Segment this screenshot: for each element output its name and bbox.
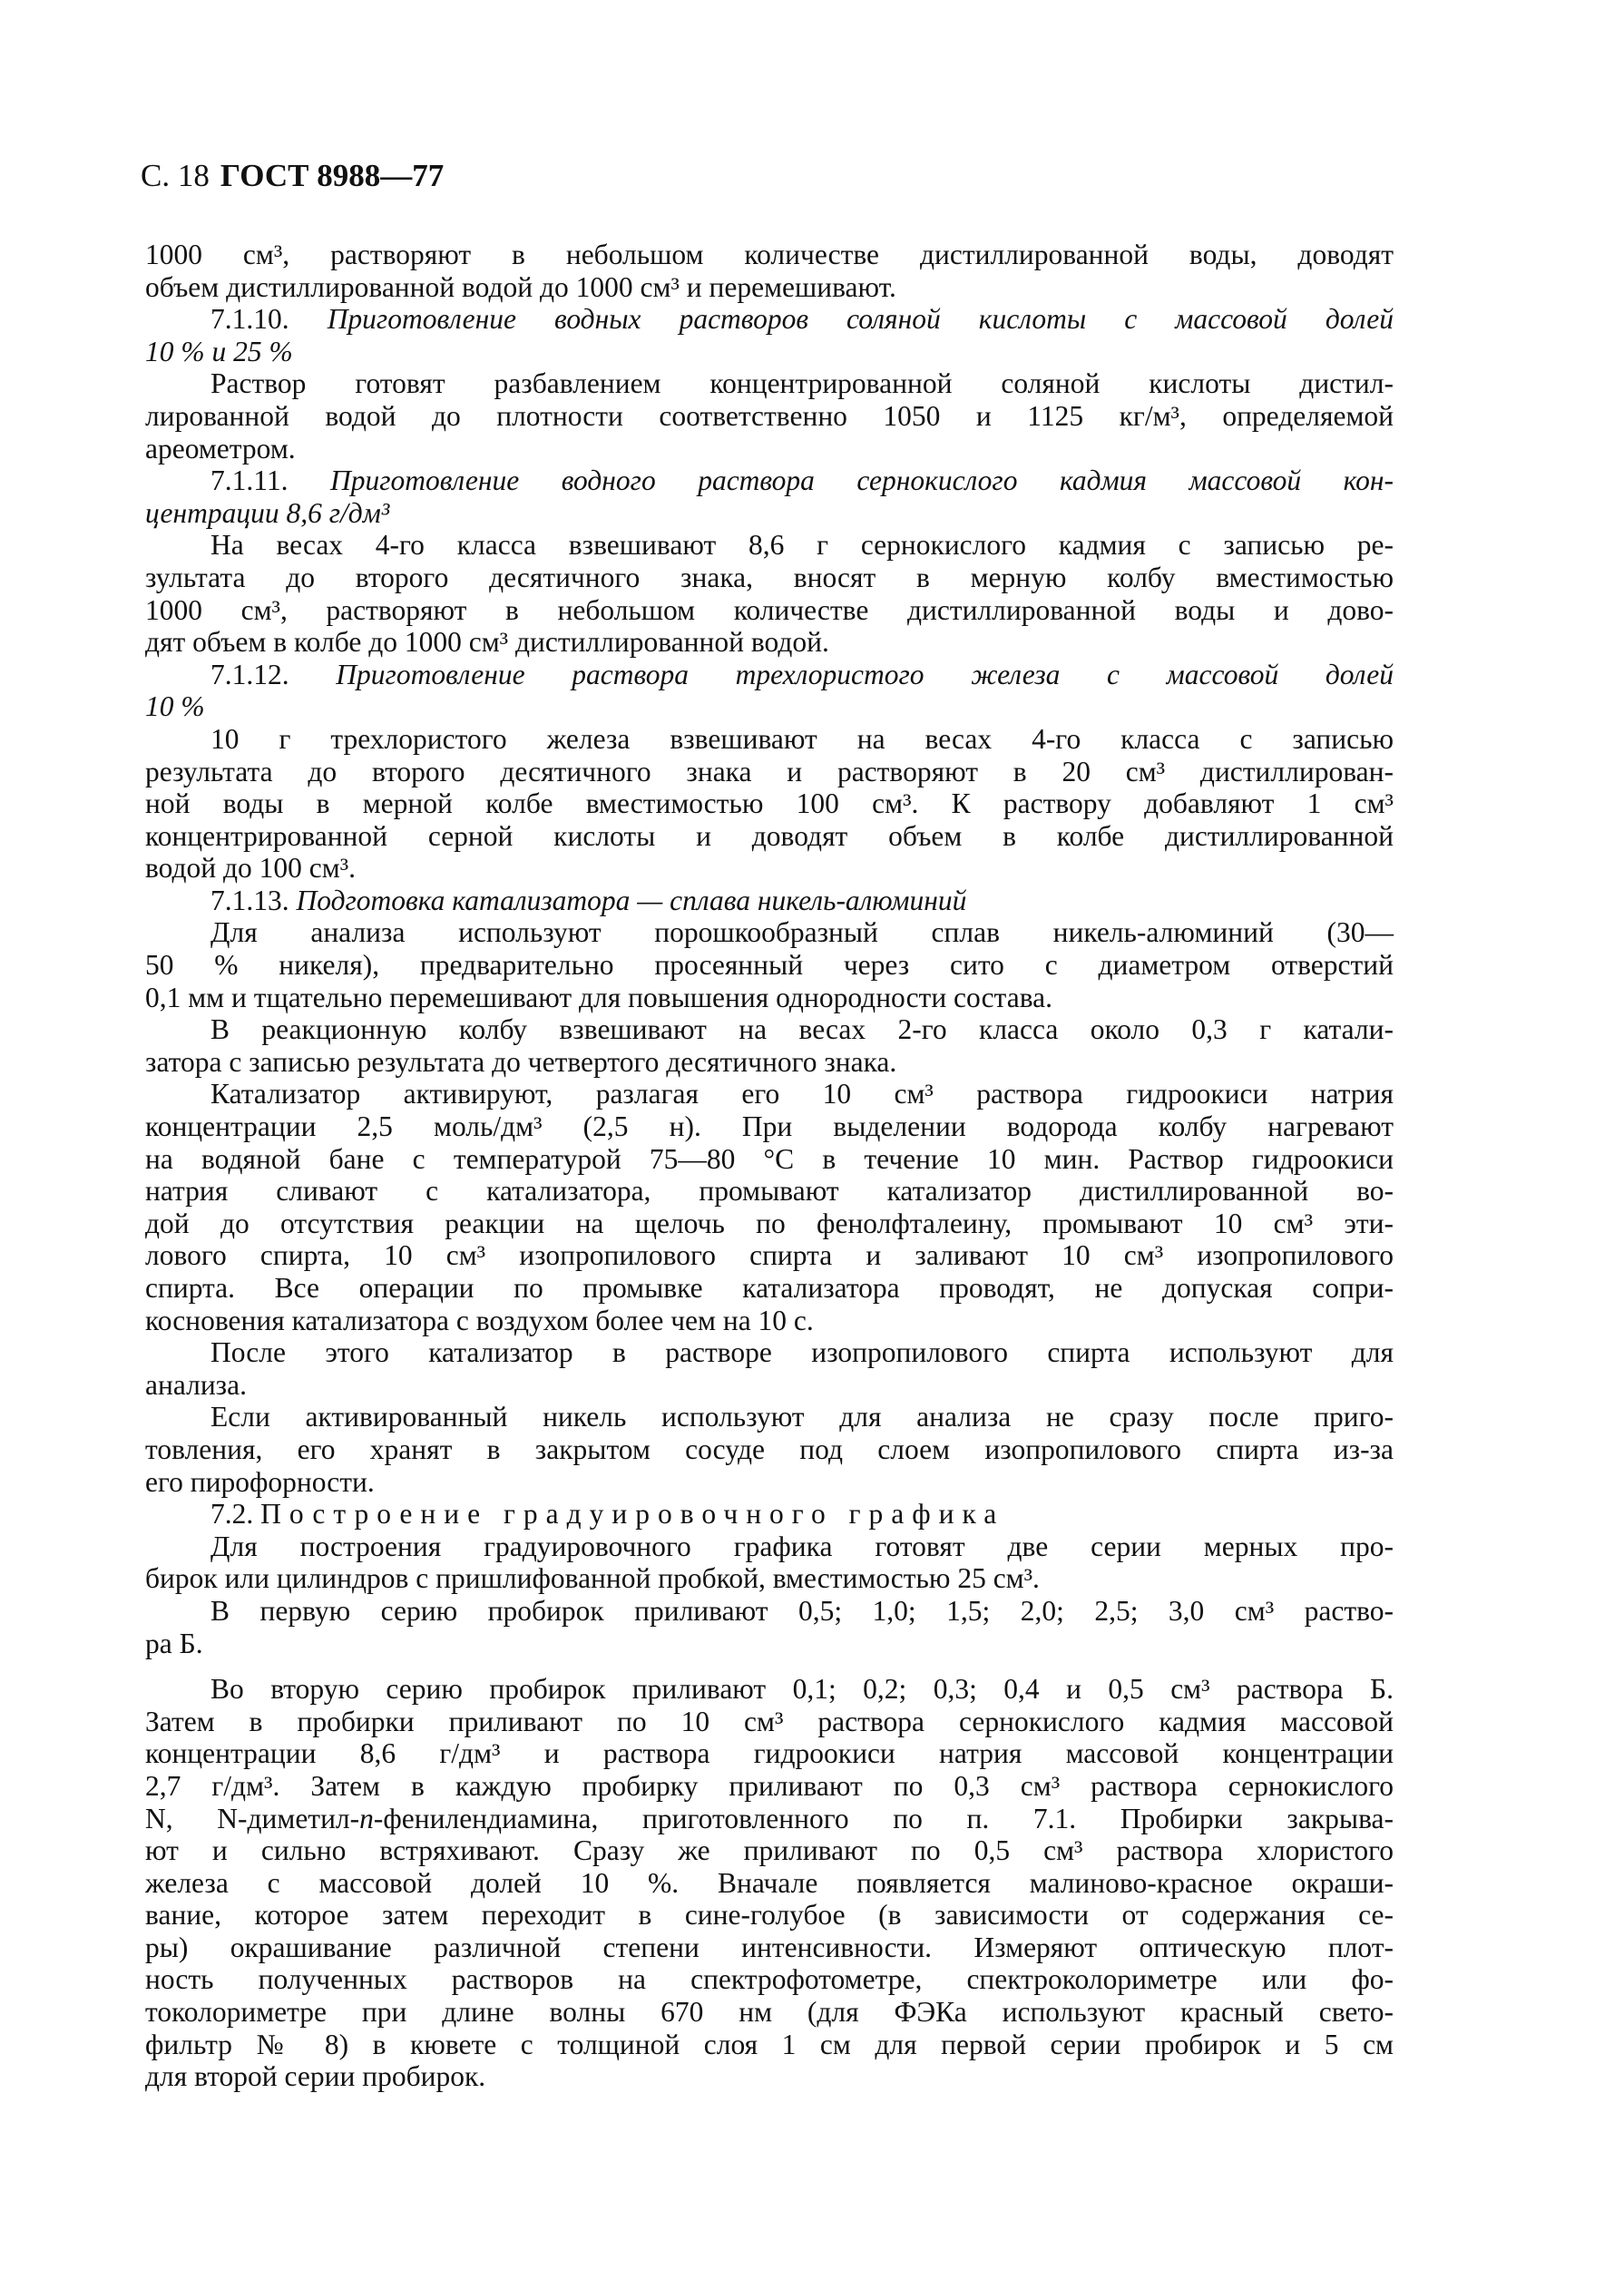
text-line: Катализатор активируют, разлагая его 10 …: [145, 1078, 1394, 1110]
text-line: 10 % и 25 %: [145, 336, 1394, 368]
line-text: В реакционную колбу взвешивают на весах …: [210, 1013, 1394, 1045]
line-text: N, N-диметил-: [145, 1803, 359, 1834]
line-text: косновения катализатора с воздухом более…: [145, 1305, 814, 1336]
section-heading-line: 7.1.12. Приготовление раствора трехлорис…: [145, 659, 1394, 691]
text-line: бирок или цилиндров с пришлифованной про…: [145, 1562, 1394, 1595]
text-line: ры) окрашивание различной степени интенс…: [145, 1932, 1394, 1964]
standard-designation: ГОСТ 8988—77: [220, 158, 444, 193]
line-text: бирок или цилиндров с пришлифованной про…: [145, 1562, 1040, 1594]
line-text: Если активированный никель используют дл…: [210, 1401, 1394, 1433]
text-line: водой до 100 см³.: [145, 852, 1394, 885]
line-text: 2,7 г/дм³. Затем в каждую пробирку прили…: [145, 1770, 1394, 1802]
text-line: N, N-диметил-п-фенилендиамина, приготовл…: [145, 1803, 1394, 1835]
line-text: для второй серии пробирок.: [145, 2060, 485, 2092]
line-text: его пирофорности.: [145, 1466, 375, 1498]
text-line: 0,1 мм и тщательно перемешивают для повы…: [145, 982, 1394, 1014]
line-text: 1000 см³, растворяют в небольшом количес…: [145, 594, 1394, 626]
line-text: на водяной бане с температурой 75—80 °С …: [145, 1143, 1394, 1175]
line-text: дят объем в колбе до 1000 см³ дистиллиро…: [145, 626, 829, 658]
line-text: затора с записью результата до четвертог…: [145, 1046, 896, 1078]
text-line: В реакционную колбу взвешивают на весах …: [145, 1013, 1394, 1046]
section-number: 7.1.12.: [210, 659, 336, 690]
line-text: 0,1 мм и тщательно перемешивают для повы…: [145, 982, 1052, 1013]
line-text: токолориметре при длине волны 670 нм (дл…: [145, 1996, 1394, 2028]
text-line: его пирофорности.: [145, 1466, 1394, 1499]
italic-heading-text: 10 %: [145, 690, 205, 722]
section-number: 7.2.: [210, 1498, 260, 1530]
paragraph-gap: [145, 1659, 1394, 1673]
italic-fragment: п: [359, 1803, 374, 1834]
line-text: спирта. Все операции по промывке катализ…: [145, 1272, 1394, 1304]
text-line: ной воды в мерной колбе вместимостью 100…: [145, 787, 1394, 820]
line-text: После этого катализатор в растворе изопр…: [210, 1336, 1394, 1368]
line-text: 1000 см³, растворяют в небольшом количес…: [145, 239, 1394, 270]
text-line: результата до второго десятичного знака …: [145, 756, 1394, 788]
document-page: С. 18ГОСТ 8988—77 1000 см³, растворяют в…: [0, 0, 1624, 2279]
line-text: Для построения градуировочного графика г…: [210, 1531, 1394, 1562]
italic-heading-text: центрации 8,6 г/дм³: [145, 497, 389, 529]
line-text: фильтр № 8) в кювете с толщиной слоя 1 с…: [145, 2029, 1394, 2060]
page-number: С. 18: [141, 158, 210, 193]
italic-heading-text: Приготовление водного раствора сернокисл…: [330, 465, 1394, 496]
running-head: С. 18ГОСТ 8988—77: [141, 158, 444, 194]
text-line: вание, которое затем переходит в сине-го…: [145, 1899, 1394, 1932]
text-line: затора с записью результата до четвертог…: [145, 1046, 1394, 1079]
line-text: железа с массовой долей 10 %. Вначале по…: [145, 1867, 1394, 1899]
line-text: На весах 4-го класса взвешивают 8,6 г се…: [210, 529, 1394, 561]
text-line: Затем в пробирки приливают по 10 см³ рас…: [145, 1706, 1394, 1738]
line-text: Раствор готовят разбавлением концентриро…: [210, 367, 1394, 399]
text-line: концентрированной серной кислоты и довод…: [145, 820, 1394, 853]
text-line: 1000 см³, растворяют в небольшом количес…: [145, 239, 1394, 271]
section-heading-line: 7.1.13. Подготовка катализатора — сплава…: [145, 885, 1394, 917]
text-line: дой до отсутствия реакции на щелочь по ф…: [145, 1208, 1394, 1240]
line-text: зультата до второго десятичного знака, в…: [145, 562, 1394, 593]
line-text: Затем в пробирки приливают по 10 см³ рас…: [145, 1706, 1394, 1737]
text-line: Если активированный никель используют дл…: [145, 1401, 1394, 1433]
line-text: результата до второго десятичного знака …: [145, 756, 1394, 787]
text-line: анализа.: [145, 1369, 1394, 1402]
line-text: ареометром.: [145, 433, 296, 465]
line-text: лированной водой до плотности соответств…: [145, 400, 1394, 432]
text-line: После этого катализатор в растворе изопр…: [145, 1336, 1394, 1369]
text-line: ность полученных растворов на спектрофот…: [145, 1963, 1394, 1996]
text-line: 50 % никеля), предварительно просеянный …: [145, 949, 1394, 982]
text-line: Раствор готовят разбавлением концентриро…: [145, 367, 1394, 400]
line-text: Катализатор активируют, разлагая его 10 …: [210, 1078, 1394, 1110]
line-text: ры) окрашивание различной степени интенс…: [145, 1932, 1394, 1963]
text-line: Во вторую серию пробирок приливают 0,1; …: [145, 1673, 1394, 1706]
line-text: ра Б.: [145, 1628, 203, 1659]
section-heading-line: 7.1.11. Приготовление водного раствора с…: [145, 465, 1394, 497]
line-text: В первую серию пробирок приливают 0,5; 1…: [210, 1595, 1394, 1627]
line-text: Во вторую серию пробирок приливают 0,1; …: [210, 1673, 1394, 1705]
section-heading-line: 7.1.10. Приготовление водных растворов с…: [145, 303, 1394, 336]
section-heading-line: 7.2. Построение градуировочного графика: [145, 1498, 1394, 1531]
text-line: для второй серии пробирок.: [145, 2060, 1394, 2093]
line-text: товления, его хранят в закрытом сосуде п…: [145, 1433, 1394, 1465]
italic-heading-text: Подготовка катализатора — сплава никель-…: [297, 885, 967, 916]
section-number: 7.1.10.: [210, 303, 328, 335]
line-text: концентрированной серной кислоты и довод…: [145, 820, 1394, 852]
line-text: 10 г трехлористого железа взвешивают на …: [210, 723, 1394, 755]
text-line: концентрации 8,6 г/дм³ и раствора гидроо…: [145, 1737, 1394, 1770]
italic-heading-text: 10 % и 25 %: [145, 336, 293, 367]
line-text: ют и сильно встряхивают. Сразу же прилив…: [145, 1834, 1394, 1866]
text-line: центрации 8,6 г/дм³: [145, 497, 1394, 530]
text-line: лированной водой до плотности соответств…: [145, 400, 1394, 433]
spaced-heading-text: Построение градуировочного графика: [260, 1498, 1004, 1530]
section-number: 7.1.11.: [210, 465, 330, 496]
text-line: концентрации 2,5 моль/дм³ (2,5 н). При в…: [145, 1110, 1394, 1143]
section-number: 7.1.13.: [210, 885, 297, 916]
text-line: В первую серию пробирок приливают 0,5; 1…: [145, 1595, 1394, 1628]
text-line: ареометром.: [145, 433, 1394, 465]
text-line: 1000 см³, растворяют в небольшом количес…: [145, 594, 1394, 627]
text-line: Для анализа используют порошкообразный с…: [145, 916, 1394, 949]
text-line: лового спирта, 10 см³ изопропилового спи…: [145, 1239, 1394, 1272]
line-text: 50 % никеля), предварительно просеянный …: [145, 949, 1394, 981]
line-text: концентрации 8,6 г/дм³ и раствора гидроо…: [145, 1737, 1394, 1769]
line-text: дой до отсутствия реакции на щелочь по ф…: [145, 1208, 1394, 1239]
text-line: токолориметре при длине волны 670 нм (дл…: [145, 1996, 1394, 2029]
text-line: на водяной бане с температурой 75—80 °С …: [145, 1143, 1394, 1176]
text-line: железа с массовой долей 10 %. Вначале по…: [145, 1867, 1394, 1900]
text-line: На весах 4-го класса взвешивают 8,6 г се…: [145, 529, 1394, 562]
line-text: вание, которое затем переходит в сине-го…: [145, 1899, 1394, 1931]
line-text: лового спирта, 10 см³ изопропилового спи…: [145, 1239, 1394, 1271]
line-text: ной воды в мерной колбе вместимостью 100…: [145, 787, 1394, 819]
line-text: водой до 100 см³.: [145, 852, 356, 884]
text-line: натрия сливают с катализатора, промывают…: [145, 1175, 1394, 1208]
text-line: ра Б.: [145, 1628, 1394, 1660]
line-text: концентрации 2,5 моль/дм³ (2,5 н). При в…: [145, 1110, 1394, 1142]
text-line: ют и сильно встряхивают. Сразу же прилив…: [145, 1834, 1394, 1867]
text-line: объем дистиллированной водой до 1000 см³…: [145, 271, 1394, 304]
line-text: ность полученных растворов на спектрофот…: [145, 1963, 1394, 1995]
line-text-continued: -фенилендиамина, приготовленного по п. 7…: [374, 1803, 1394, 1834]
text-line: косновения катализатора с воздухом более…: [145, 1305, 1394, 1337]
text-line: 10 г трехлористого железа взвешивают на …: [145, 723, 1394, 756]
line-text: Для анализа используют порошкообразный с…: [210, 916, 1394, 948]
text-line: дят объем в колбе до 1000 см³ дистиллиро…: [145, 626, 1394, 659]
line-text: анализа.: [145, 1369, 247, 1401]
text-line: спирта. Все операции по промывке катализ…: [145, 1272, 1394, 1305]
body-text: 1000 см³, растворяют в небольшом количес…: [145, 239, 1394, 2093]
text-line: зультата до второго десятичного знака, в…: [145, 562, 1394, 594]
text-line: 10 %: [145, 690, 1394, 723]
text-line: 2,7 г/дм³. Затем в каждую пробирку прили…: [145, 1770, 1394, 1803]
text-line: товления, его хранят в закрытом сосуде п…: [145, 1433, 1394, 1466]
italic-heading-text: Приготовление водных растворов соляной к…: [328, 303, 1394, 335]
text-line: фильтр № 8) в кювете с толщиной слоя 1 с…: [145, 2029, 1394, 2061]
line-text: объем дистиллированной водой до 1000 см³…: [145, 271, 896, 303]
line-text: натрия сливают с катализатора, промывают…: [145, 1175, 1394, 1207]
italic-heading-text: Приготовление раствора трехлористого жел…: [336, 659, 1394, 690]
text-line: Для построения градуировочного графика г…: [145, 1531, 1394, 1563]
